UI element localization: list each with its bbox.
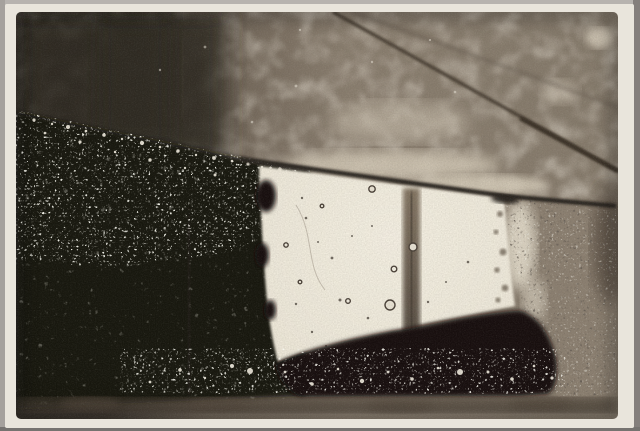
photo-mat: Black-and-white sepia-toned photograph o… (0, 0, 640, 431)
mat-edge-right (633, 0, 640, 431)
mat-edge-left (0, 0, 5, 431)
film-grain-light (16, 12, 618, 419)
photo-content (16, 12, 628, 419)
mat-edge-top (0, 0, 640, 4)
photograph (0, 0, 640, 431)
